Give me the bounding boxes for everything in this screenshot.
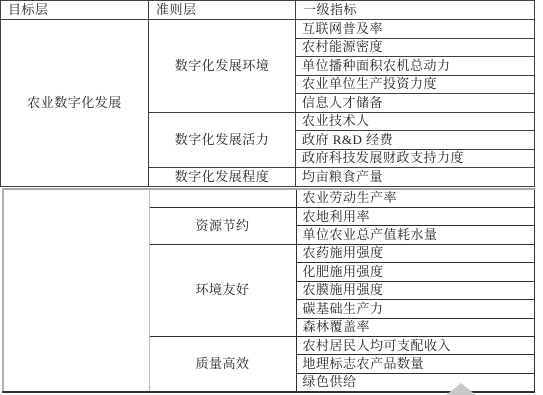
indicator-cell: 森林覆盖率 [296, 318, 534, 336]
criterion-cell-empty [149, 189, 296, 207]
criterion-cell-resource-saving: 资源节约 [149, 207, 296, 244]
target-cell-empty [3, 189, 149, 392]
pointer-triangle-icon [445, 383, 477, 395]
indicator-cell: 均亩粮食产量 [296, 168, 535, 187]
indicator-cell: 农业技术人 [296, 112, 535, 131]
indicator-table-section-1: 目标层 准则层 一级指标 农业数字化发展 数字化发展环境 互联网普及率 农村能源… [0, 0, 535, 187]
indicator-cell: 地理标志农产品数量 [296, 355, 534, 373]
indicator-cell: 政府 R&D 经费 [296, 131, 535, 150]
criterion-cell-digital-vitality: 数字化发展活力 [149, 112, 296, 168]
criterion-cell-digital-degree: 数字化发展程度 [149, 168, 296, 187]
criterion-cell-digital-environment: 数字化发展环境 [149, 20, 296, 113]
document-page: { "table": { "headers": { "target": "目标层… [0, 0, 543, 395]
indicator-cell: 碳基础生产力 [296, 300, 534, 318]
indicator-cell: 农地利用率 [296, 207, 534, 225]
header-target-layer: 目标层 [1, 1, 149, 20]
indicator-cell: 绿色供给 [296, 373, 534, 391]
indicator-cell: 农膜施用强度 [296, 281, 534, 299]
indicator-cell: 农业单位生产投资力度 [296, 75, 535, 94]
indicator-cell: 农村居民人均可支配收入 [296, 337, 534, 355]
target-cell-agriculture-digitalization: 农业数字化发展 [1, 20, 149, 187]
indicator-cell: 农村能源密度 [296, 38, 535, 57]
criterion-cell-environment-friendly: 环境友好 [149, 244, 296, 336]
indicator-cell: 政府科技发展财政支持力度 [296, 149, 535, 168]
indicator-cell: 农药施用强度 [296, 244, 534, 262]
indicator-cell: 化肥施用强度 [296, 263, 534, 281]
table-header-row: 目标层 准则层 一级指标 [1, 1, 535, 20]
header-criterion-layer: 准则层 [149, 1, 296, 20]
indicator-cell: 农业劳动生产率 [296, 189, 534, 207]
indicator-cell: 单位播种面积农机总动力 [296, 57, 535, 76]
header-indicator-level: 一级指标 [296, 1, 535, 20]
table-row: 农业劳动生产率 [3, 189, 534, 207]
indicator-table-section-2: 农业劳动生产率 资源节约 农地利用率 单位农业总产值耗水量 环境友好 农药施用强… [2, 188, 535, 393]
table-row: 农业数字化发展 数字化发展环境 互联网普及率 [1, 20, 535, 39]
indicator-cell: 互联网普及率 [296, 20, 535, 39]
criterion-cell-quality-efficiency: 质量高效 [149, 337, 296, 392]
indicator-cell: 单位农业总产值耗水量 [296, 226, 534, 244]
indicator-cell: 信息人才储备 [296, 94, 535, 113]
